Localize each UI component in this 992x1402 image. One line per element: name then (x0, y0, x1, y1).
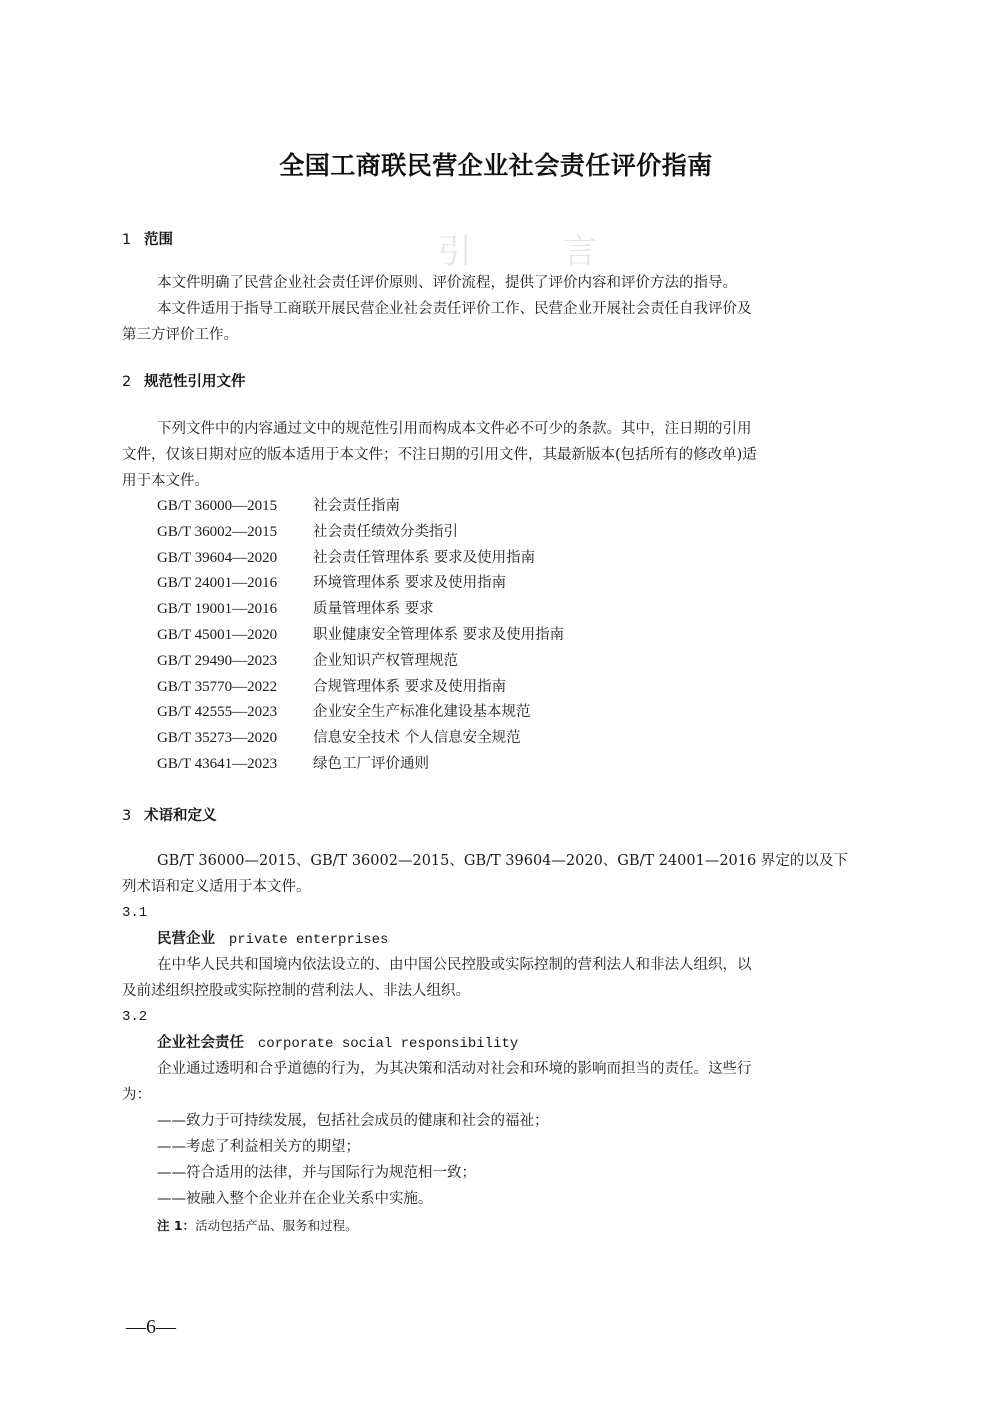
paragraph: GB/T 36000—2015、GB/T 36002—2015、GB/T 396… (157, 848, 848, 874)
paragraph: 本文件明确了民营企业社会责任评价原则、评价流程，提供了评价内容和评价方法的指导。 (157, 270, 737, 296)
term-definition: 及前述组织控股或实际控制的营利法人、非法人组织。 (122, 978, 470, 1004)
reference-title: 企业知识产权管理规范 (313, 653, 458, 669)
list-item: ——考虑了利益相关方的期望； (157, 1134, 360, 1160)
reference-code: GB/T 36002—2015 (157, 520, 313, 546)
section-number: 2 (122, 374, 144, 390)
reference-item: GB/T 19001—2016质量管理体系 要求 (157, 597, 564, 623)
reference-code: GB/T 29490—2023 (157, 649, 313, 675)
reference-item: GB/T 24001—2016环境管理体系 要求及使用指南 (157, 571, 564, 597)
section-1-heading: 1范围 (122, 228, 173, 249)
term-en: private enterprises (229, 932, 389, 948)
reference-title: 绿色工厂评价通则 (313, 756, 429, 772)
reference-code: GB/T 35273—2020 (157, 726, 313, 752)
section-title: 范围 (144, 232, 173, 248)
note: 注 1：活动包括产品、服务和过程。 (157, 1216, 358, 1234)
section-title: 术语和定义 (144, 808, 217, 824)
reference-code: GB/T 36000—2015 (157, 494, 313, 520)
reference-code: GB/T 24001—2016 (157, 571, 313, 597)
reference-title: 社会责任绩效分类指引 (313, 524, 458, 540)
term-zh: 民营企业 (157, 931, 215, 947)
reference-title: 社会责任管理体系 要求及使用指南 (313, 550, 535, 566)
reference-item: GB/T 36000—2015社会责任指南 (157, 494, 564, 520)
paragraph: 本文件适用于指导工商联开展民营企业社会责任评价工作、民营企业开展社会责任自我评价… (157, 296, 752, 322)
reference-item: GB/T 35273—2020信息安全技术 个人信息安全规范 (157, 726, 564, 752)
reference-title: 合规管理体系 要求及使用指南 (313, 679, 506, 695)
reference-code: GB/T 43641—2023 (157, 752, 313, 778)
reference-item: GB/T 45001—2020职业健康安全管理体系 要求及使用指南 (157, 623, 564, 649)
term-en: corporate social responsibility (258, 1036, 518, 1052)
list-item: ——被融入整个企业并在企业关系中实施。 (157, 1186, 433, 1212)
paragraph: 文件，仅该日期对应的版本适用于本文件；不注日期的引用文件，其最新版本(包括所有的… (122, 442, 757, 468)
reference-code: GB/T 39604—2020 (157, 546, 313, 572)
reference-item: GB/T 39604—2020社会责任管理体系 要求及使用指南 (157, 546, 564, 572)
reference-code: GB/T 42555—2023 (157, 700, 313, 726)
term-definition: 企业通过透明和合乎道德的行为，为其决策和活动对社会和环境的影响而担当的责任。这些… (157, 1056, 752, 1082)
section-3-heading: 3术语和定义 (122, 804, 217, 825)
document-page: 引 言 全国工商联民营企业社会责任评价指南 1范围 本文件明确了民营企业社会责任… (0, 0, 992, 1402)
paragraph: 第三方评价工作。 (122, 322, 238, 348)
reference-item: GB/T 43641—2023绿色工厂评价通则 (157, 752, 564, 778)
term-heading: 民营企业 private enterprises (157, 926, 388, 953)
section-2-heading: 2规范性引用文件 (122, 370, 246, 391)
reference-title: 企业安全生产标准化建设基本规范 (313, 704, 531, 720)
normative-references-list: GB/T 36000—2015社会责任指南 GB/T 36002—2015社会责… (157, 494, 564, 778)
page-number: —6— (126, 1316, 176, 1339)
term-definition: 为： (122, 1082, 151, 1108)
section-number: 1 (122, 232, 144, 248)
reference-code: GB/T 35770—2022 (157, 675, 313, 701)
term-definition: 在中华人民共和国境内依法设立的、由中国公民控股或实际控制的营利法人和非法人组织，… (157, 952, 752, 978)
list-item: ——符合适用的法律，并与国际行为规范相一致； (157, 1160, 476, 1186)
section-number: 3 (122, 808, 144, 824)
note-text: 活动包括产品、服务和过程。 (195, 1218, 358, 1233)
reference-title: 环境管理体系 要求及使用指南 (313, 575, 506, 591)
reference-code: GB/T 19001—2016 (157, 597, 313, 623)
reference-item: GB/T 42555—2023企业安全生产标准化建设基本规范 (157, 700, 564, 726)
term-number: 3.2 (122, 1004, 147, 1030)
document-title: 全国工商联民营企业社会责任评价指南 (0, 146, 992, 182)
term-zh: 企业社会责任 (157, 1035, 244, 1051)
term-number: 3.1 (122, 900, 147, 926)
reference-code: GB/T 45001—2020 (157, 623, 313, 649)
list-item: ——致力于可持续发展，包括社会成员的健康和社会的福祉； (157, 1108, 549, 1134)
bleed-through-text: 引 言 (438, 224, 637, 273)
reference-item: GB/T 29490—2023企业知识产权管理规范 (157, 649, 564, 675)
reference-title: 职业健康安全管理体系 要求及使用指南 (313, 627, 564, 643)
reference-title: 质量管理体系 要求 (313, 601, 434, 617)
reference-item: GB/T 36002—2015社会责任绩效分类指引 (157, 520, 564, 546)
paragraph: 下列文件中的内容通过文中的规范性引用而构成本文件必不可少的条款。其中，注日期的引… (157, 416, 752, 442)
paragraph: 列术语和定义适用于本文件。 (122, 874, 311, 900)
reference-item: GB/T 35770—2022合规管理体系 要求及使用指南 (157, 675, 564, 701)
reference-title: 信息安全技术 个人信息安全规范 (313, 730, 521, 746)
note-label: 注 1： (157, 1218, 195, 1233)
section-title: 规范性引用文件 (144, 374, 246, 390)
reference-title: 社会责任指南 (313, 498, 400, 514)
term-heading: 企业社会责任 corporate social responsibility (157, 1030, 518, 1057)
paragraph: 用于本文件。 (122, 468, 209, 494)
